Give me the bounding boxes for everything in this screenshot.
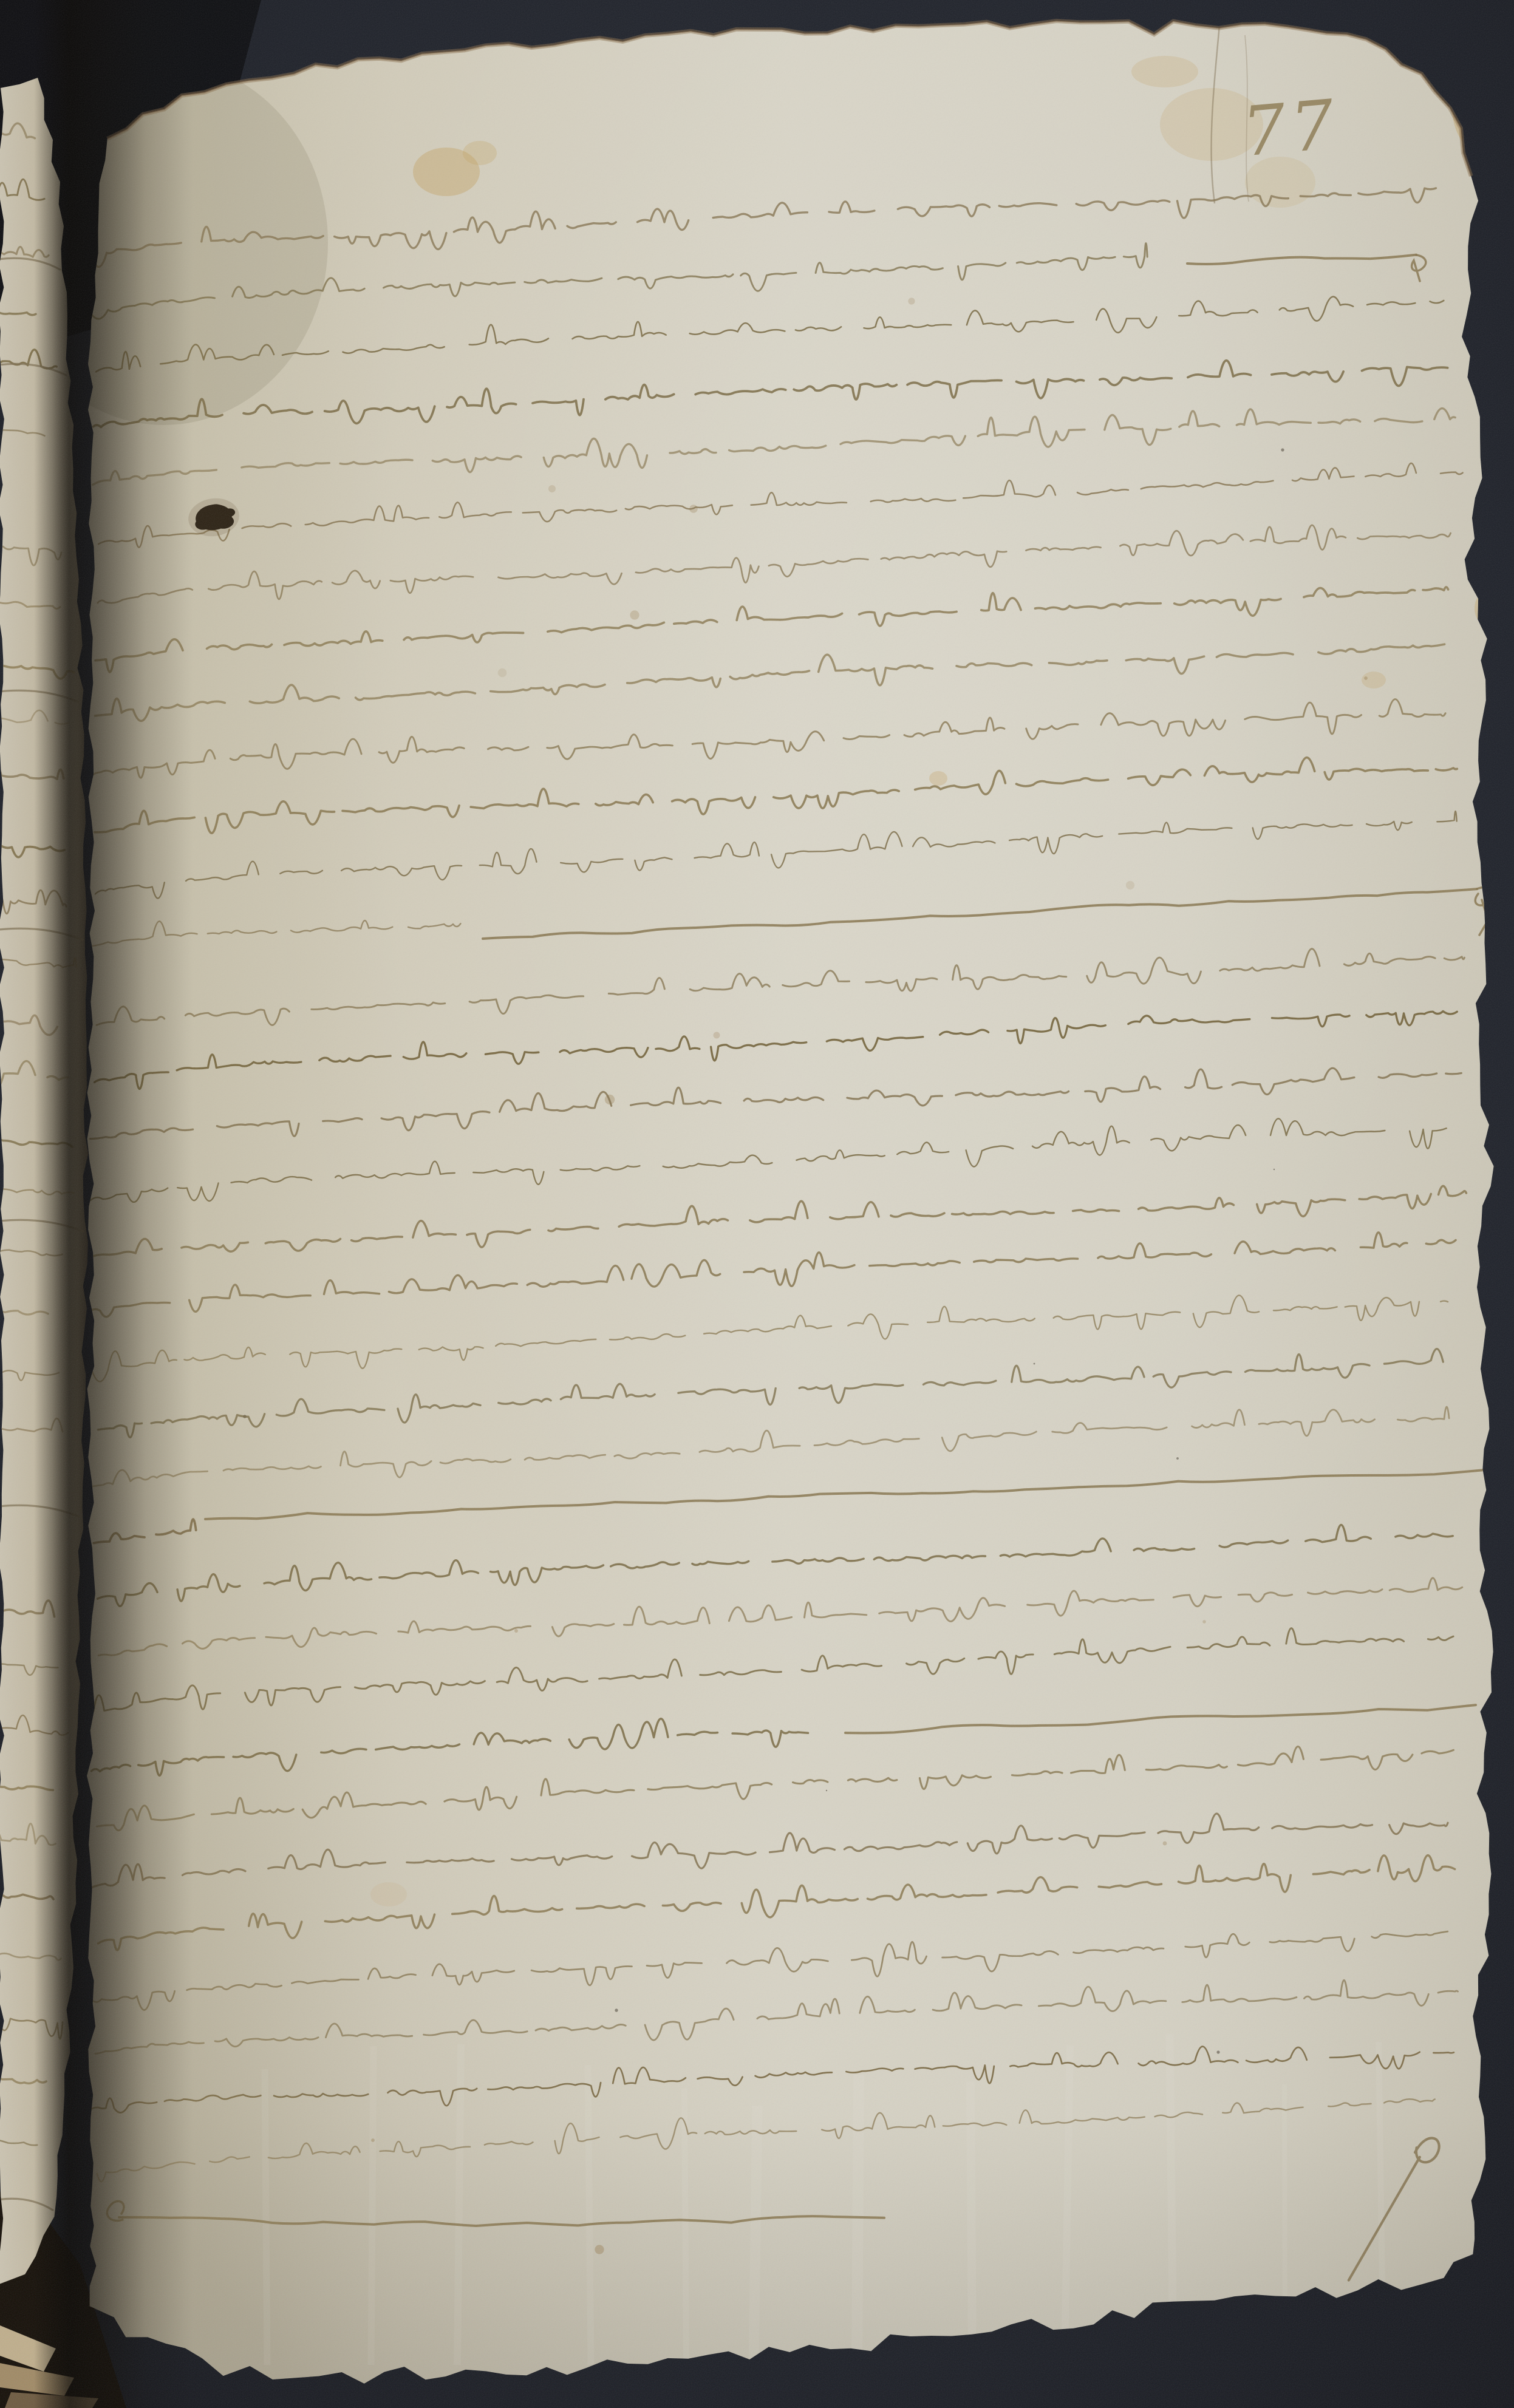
film-grain	[0, 0, 1514, 2408]
manuscript-photograph: 77	[0, 0, 1514, 2408]
